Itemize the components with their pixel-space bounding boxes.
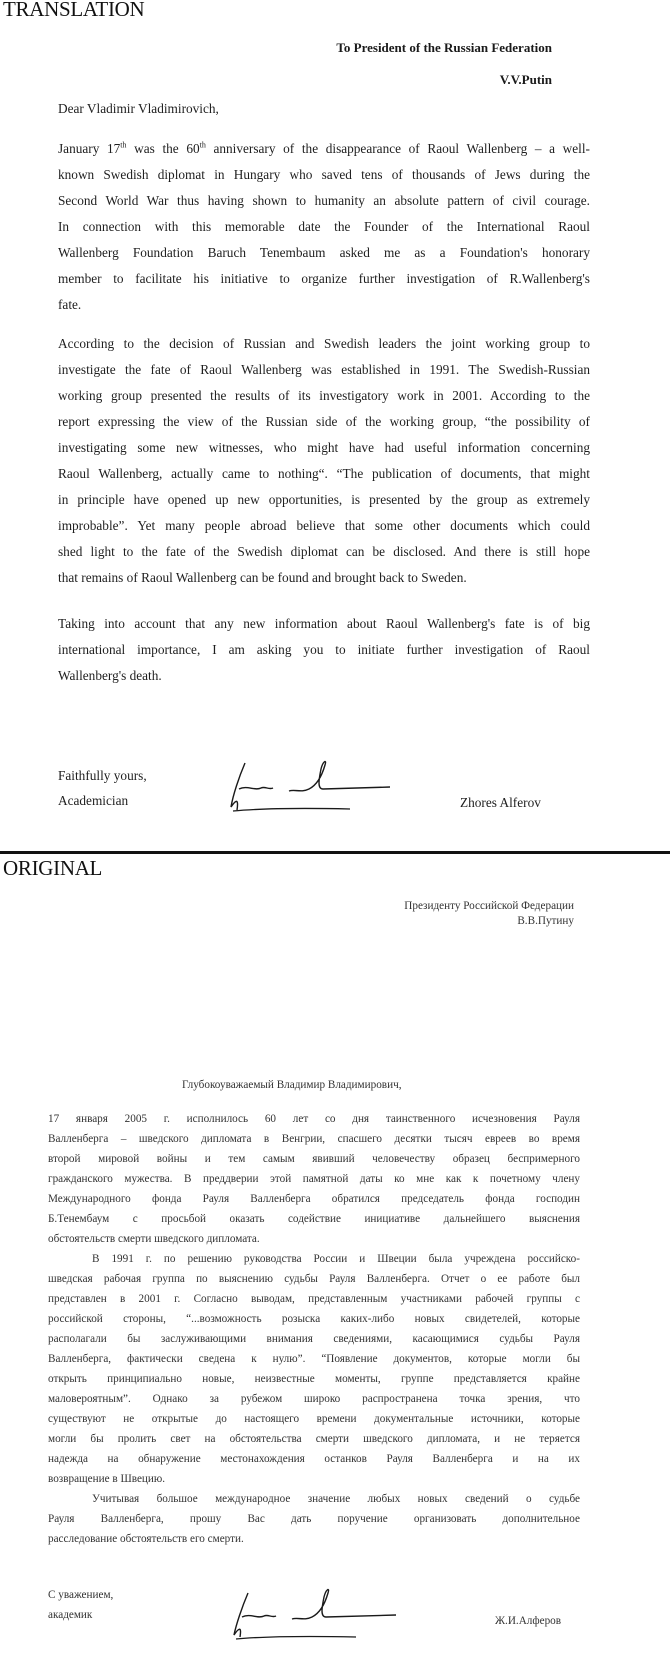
paragraph-line: improbable”. Yet many people abroad beli…	[58, 513, 590, 539]
paragraph-line: report expressing the view of the Russia…	[58, 409, 590, 435]
paragraph-line: Б.Тенембаум с просьбой оказать содействи…	[48, 1209, 580, 1229]
text-run: January 17	[58, 141, 120, 156]
paragraph-line: В 1991 г. по решению руководства России …	[48, 1249, 580, 1269]
original-section-label: ORIGINAL	[3, 856, 102, 881]
original-closing: С уважением,	[48, 1589, 113, 1601]
translation-section-label: TRANSLATION	[3, 0, 144, 22]
salutation-text: Dear Vladimir Vladimirovich,	[58, 96, 590, 122]
paragraph-line: гражданского мужества. В преддверии этой…	[48, 1169, 580, 1189]
paragraph-line: Second World War thus having shown to hu…	[58, 188, 590, 214]
section-divider	[0, 851, 670, 854]
translation-title: Academician	[58, 793, 128, 809]
paragraph-line: In connection with this memorable date t…	[58, 214, 590, 240]
translation-signer-name: Zhores Alferov	[460, 795, 541, 811]
translation-addressee-line1: To President of the Russian Federation	[336, 40, 552, 56]
signature-icon	[228, 1585, 408, 1645]
original-addressee-line1: Президенту Российской Федерации	[404, 898, 574, 914]
translation-paragraph-1: January 17th was the 60th anniversary of…	[58, 136, 590, 318]
paragraph-line: 17 января 2005 г. исполнилось 60 лет со …	[48, 1109, 580, 1129]
paragraph-line: существуют не открытые до настоящего вре…	[48, 1409, 580, 1429]
paragraph-line: January 17th was the 60th anniversary of…	[58, 136, 590, 162]
paragraph-line: shed light to the fate of the Swedish di…	[58, 539, 590, 565]
paragraph-line: расследование обстоятельств его смерти.	[48, 1529, 580, 1549]
original-paragraph-3: Учитывая большое международное значение …	[48, 1489, 580, 1549]
paragraph-line: Валленберга – шведского дипломата в Венг…	[48, 1129, 580, 1149]
paragraph-line: обстоятельств смерти шведского дипломата…	[48, 1229, 580, 1249]
paragraph-line: Taking into account that any new informa…	[58, 611, 590, 637]
original-paragraph-2: В 1991 г. по решению руководства России …	[48, 1249, 580, 1489]
signature-icon	[225, 755, 405, 815]
paragraph-line: investigate the fate of Raoul Wallenberg…	[58, 357, 590, 383]
paragraph-line: открыть принципиально новые, неизвестные…	[48, 1369, 580, 1389]
paragraph-line: российской стороны, “...возможность розы…	[48, 1309, 580, 1329]
paragraph-line: Wallenberg's death.	[58, 663, 590, 689]
paragraph-line: Raoul Wallenberg, actually came to nothi…	[58, 461, 590, 487]
original-addressee-line2: В.В.Путину	[517, 913, 574, 929]
paragraph-line: working group presented the results of i…	[58, 383, 590, 409]
paragraph-line: маловероятным”. Однако за рубежом широко…	[48, 1389, 580, 1409]
translation-paragraph-2: According to the decision of Russian and…	[58, 331, 590, 591]
original-paragraph-1: 17 января 2005 г. исполнилось 60 лет со …	[48, 1109, 580, 1249]
paragraph-line: возвращение в Швецию.	[48, 1469, 580, 1489]
translation-paragraph-3: Taking into account that any new informa…	[58, 611, 590, 689]
paragraph-line: in principle have opened up new opportun…	[58, 487, 590, 513]
paragraph-line: Wallenberg Foundation Baruch Tenembaum a…	[58, 240, 590, 266]
text-run: was the 60	[127, 141, 200, 156]
paragraph-line: представлен в 2001 г. Согласно выводам, …	[48, 1289, 580, 1309]
paragraph-line: второй мировой войны и тем самым явивший…	[48, 1149, 580, 1169]
paragraph-line: Валленберга, фактически сведена к нулю”.…	[48, 1349, 580, 1369]
paragraph-line: that remains of Raoul Wallenberg can be …	[58, 565, 590, 591]
paragraph-line: fate.	[58, 292, 590, 318]
paragraph-line: Международного фонда Рауля Валленберга о…	[48, 1189, 580, 1209]
paragraph-line: шведская рабочая группа по выяснению суд…	[48, 1269, 580, 1289]
original-signer-name: Ж.И.Алферов	[495, 1615, 561, 1627]
paragraph-line: international importance, I am asking yo…	[58, 637, 590, 663]
paragraph-line: Рауля Валленберга, прошу Вас дать поруче…	[48, 1509, 580, 1529]
translation-salutation: Dear Vladimir Vladimirovich,	[58, 96, 590, 122]
original-title: академик	[48, 1609, 92, 1621]
translation-closing: Faithfully yours,	[58, 768, 147, 784]
paragraph-line: Учитывая большое международное значение …	[48, 1489, 580, 1509]
paragraph-line: member to facilitate his initiative to o…	[58, 266, 590, 292]
translation-addressee-line2: V.V.Putin	[500, 72, 552, 88]
paragraph-line: investigating some new witnesses, who mi…	[58, 435, 590, 461]
paragraph-line: располагали бы заслуживающими внимания с…	[48, 1329, 580, 1349]
original-salutation: Глубокоуважаемый Владимир Владимирович,	[182, 1077, 402, 1093]
paragraph-line: могли бы пролить свет на обстоятельства …	[48, 1429, 580, 1449]
paragraph-line: According to the decision of Russian and…	[58, 331, 590, 357]
paragraph-line: надежда на обнаружение местонахождения о…	[48, 1449, 580, 1469]
text-run: anniversary of the disappearance of Raou…	[206, 141, 590, 156]
paragraph-line: known Swedish diplomat in Hungary who sa…	[58, 162, 590, 188]
